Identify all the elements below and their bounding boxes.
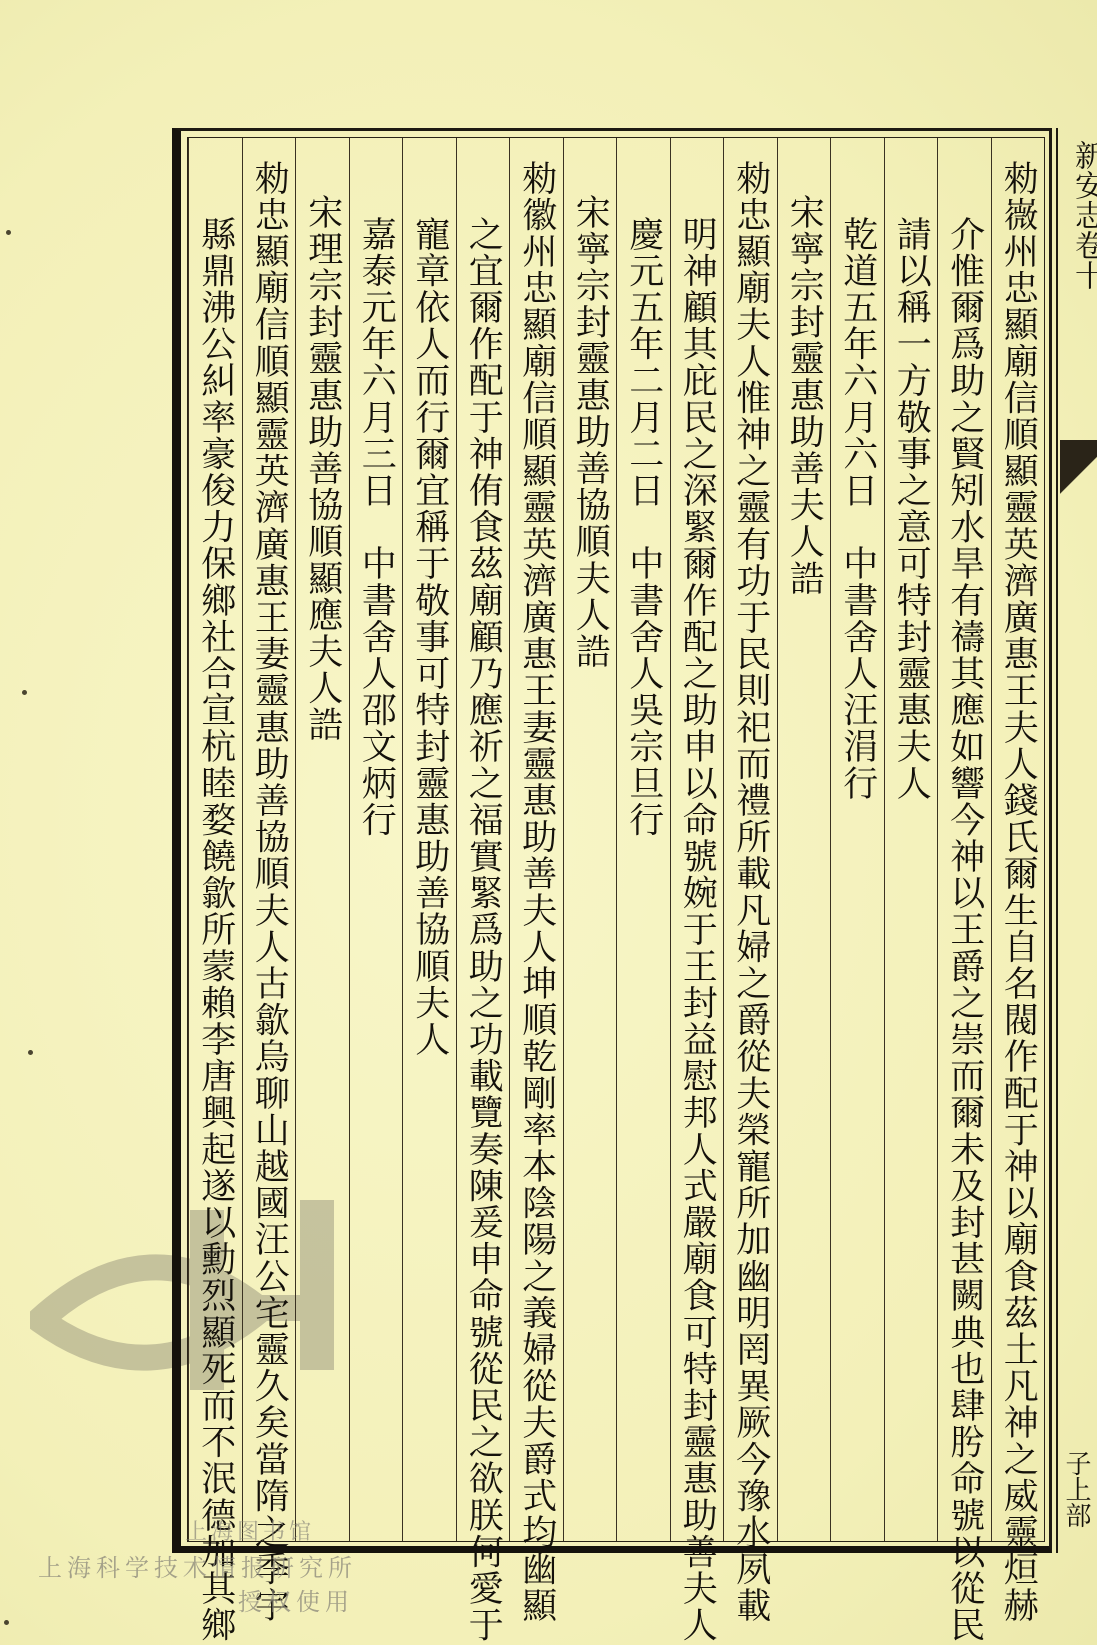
text-column: 宋寧宗封靈惠助善協順夫人誥 xyxy=(563,138,617,1541)
page-frame: 勑嶶州忠顯廟信順顯靈英濟廣惠王夫人錢氏爾生自名閥作配于神以廟食茲土凡神之威靈烜赫… xyxy=(172,128,1052,1553)
column-text: 明神顧其庇民之深緊爾作配之助申以命號婉于王封益慰邦人式嚴廟食可特封靈惠助善夫人 xyxy=(679,216,714,1643)
paper-speck xyxy=(4,1620,9,1625)
column-text: 勑忠顯廟信順顯靈英濟廣惠王妻靈惠助善協順夫人古歙烏聊山越國汪公宅靈久矣當隋之季宇 xyxy=(251,160,286,1624)
text-column: 介惟爾爲助之賢矧水旱有禱其應如響今神以王爵之崇而爾未及封甚闕典也肆肹命號以從民 xyxy=(937,138,991,1541)
text-column: 請以稱一方敬事之意可特封靈惠夫人 xyxy=(884,138,938,1541)
column-text: 縣鼎沸公糾率豪俊力保鄉社合宣杭睦婺饒歙所蒙賴李唐興起遂以勳烈顯死而不泯德加其鄉 xyxy=(198,216,233,1643)
column-text: 寵章依人而行爾宜稱于敬事可特封靈惠助善協順夫人 xyxy=(412,216,447,1058)
column-text: 介惟爾爲助之賢矧水旱有禱其應如響今神以王爵之崇而爾未及封甚闕典也肆肹命號以從民 xyxy=(947,216,982,1643)
text-column: 寵章依人而行爾宜稱于敬事可特封靈惠助善協順夫人 xyxy=(402,138,456,1541)
text-column: 勑嶶州忠顯廟信順顯靈英濟廣惠王夫人錢氏爾生自名閥作配于神以廟食茲土凡神之威靈烜赫 xyxy=(991,138,1045,1541)
text-column: 縣鼎沸公糾率豪俊力保鄉社合宣杭睦婺饒歙所蒙賴李唐興起遂以勳烈顯死而不泯德加其鄉 xyxy=(188,138,242,1541)
column-text: 慶元五年二月二日 中書舍人吳宗旦行 xyxy=(626,216,661,838)
text-column: 勑忠顯廟夫人惟神之靈有功于民則祀而禮所載凡婦之爵從夫榮寵所加幽明罔異厥今豫水夙載 xyxy=(723,138,777,1541)
watermark-institute: 上海科学技术情报研究所 xyxy=(38,1548,357,1583)
text-column: 慶元五年二月二日 中書舍人吳宗旦行 xyxy=(616,138,670,1541)
text-column: 宋理宗封靈惠助善協順顯應夫人誥 xyxy=(295,138,349,1541)
column-text: 勑嶶州忠顯廟信順顯靈英濟廣惠王夫人錢氏爾生自名閥作配于神以廟食茲土凡神之威靈烜赫 xyxy=(1000,160,1035,1624)
paper-speck xyxy=(6,230,11,235)
text-column: 乾道五年六月六日 中書舍人汪涓行 xyxy=(830,138,884,1541)
column-text: 宋理宗封靈惠助善協順顯應夫人誥 xyxy=(305,194,340,743)
watermark-library: 上海图书馆 xyxy=(185,1515,315,1546)
text-column: 之宜爾作配于神侑食茲廟顧乃應祈之福實緊爲助之功載覽奏陳爰申命號從民之欲朕何愛于 xyxy=(456,138,510,1541)
paper-speck xyxy=(22,690,27,695)
column-text: 宋寧宗封靈惠助善協順夫人誥 xyxy=(572,194,607,670)
column-text: 請以稱一方敬事之意可特封靈惠夫人 xyxy=(893,216,928,802)
fold-border xyxy=(1056,128,1058,1553)
fold-title: 新安志卷十 xyxy=(1064,140,1097,290)
column-text: 宋寧宗封靈惠助善夫人誥 xyxy=(786,194,821,597)
paper-speck xyxy=(28,1050,33,1055)
text-column: 嘉泰元年六月三日 中書舍人邵文炳行 xyxy=(349,138,403,1541)
column-text: 勑忠顯廟夫人惟神之靈有功于民則祀而禮所載凡婦之爵從夫榮寵所加幽明罔異厥今豫水夙載 xyxy=(733,160,768,1624)
text-block: 勑嶶州忠顯廟信順顯靈英濟廣惠王夫人錢氏爾生自名閥作配于神以廟食茲土凡神之威靈烜赫… xyxy=(187,137,1045,1542)
text-column: 宋寧宗封靈惠助善夫人誥 xyxy=(777,138,831,1541)
column-text: 乾道五年六月六日 中書舍人汪涓行 xyxy=(840,216,875,802)
watermark-authorization: 授权使用 xyxy=(238,1582,354,1617)
column-text: 之宜爾作配于神侑食茲廟顧乃應祈之福實緊爲助之功載覽奏陳爰申命號從民之欲朕何愛于 xyxy=(465,216,500,1643)
fold-section: 子上部 xyxy=(1058,1450,1095,1528)
column-text: 嘉泰元年六月三日 中書舍人邵文炳行 xyxy=(358,216,393,838)
column-text: 勑徽州忠顯廟信順顯靈英濟廣惠王妻靈惠助善夫人坤順乾剛率本陰陽之義婦從夫爵式均幽顯 xyxy=(519,160,554,1624)
fish-tail-mark-icon xyxy=(1060,440,1097,500)
text-column: 明神顧其庇民之深緊爾作配之助申以命號婉于王封益慰邦人式嚴廟食可特封靈惠助善夫人 xyxy=(670,138,724,1541)
text-column: 勑忠顯廟信順顯靈英濟廣惠王妻靈惠助善協順夫人古歙烏聊山越國汪公宅靈久矣當隋之季宇 xyxy=(242,138,296,1541)
text-column: 勑徽州忠顯廟信順顯靈英濟廣惠王妻靈惠助善夫人坤順乾剛率本陰陽之義婦從夫爵式均幽顯 xyxy=(509,138,563,1541)
